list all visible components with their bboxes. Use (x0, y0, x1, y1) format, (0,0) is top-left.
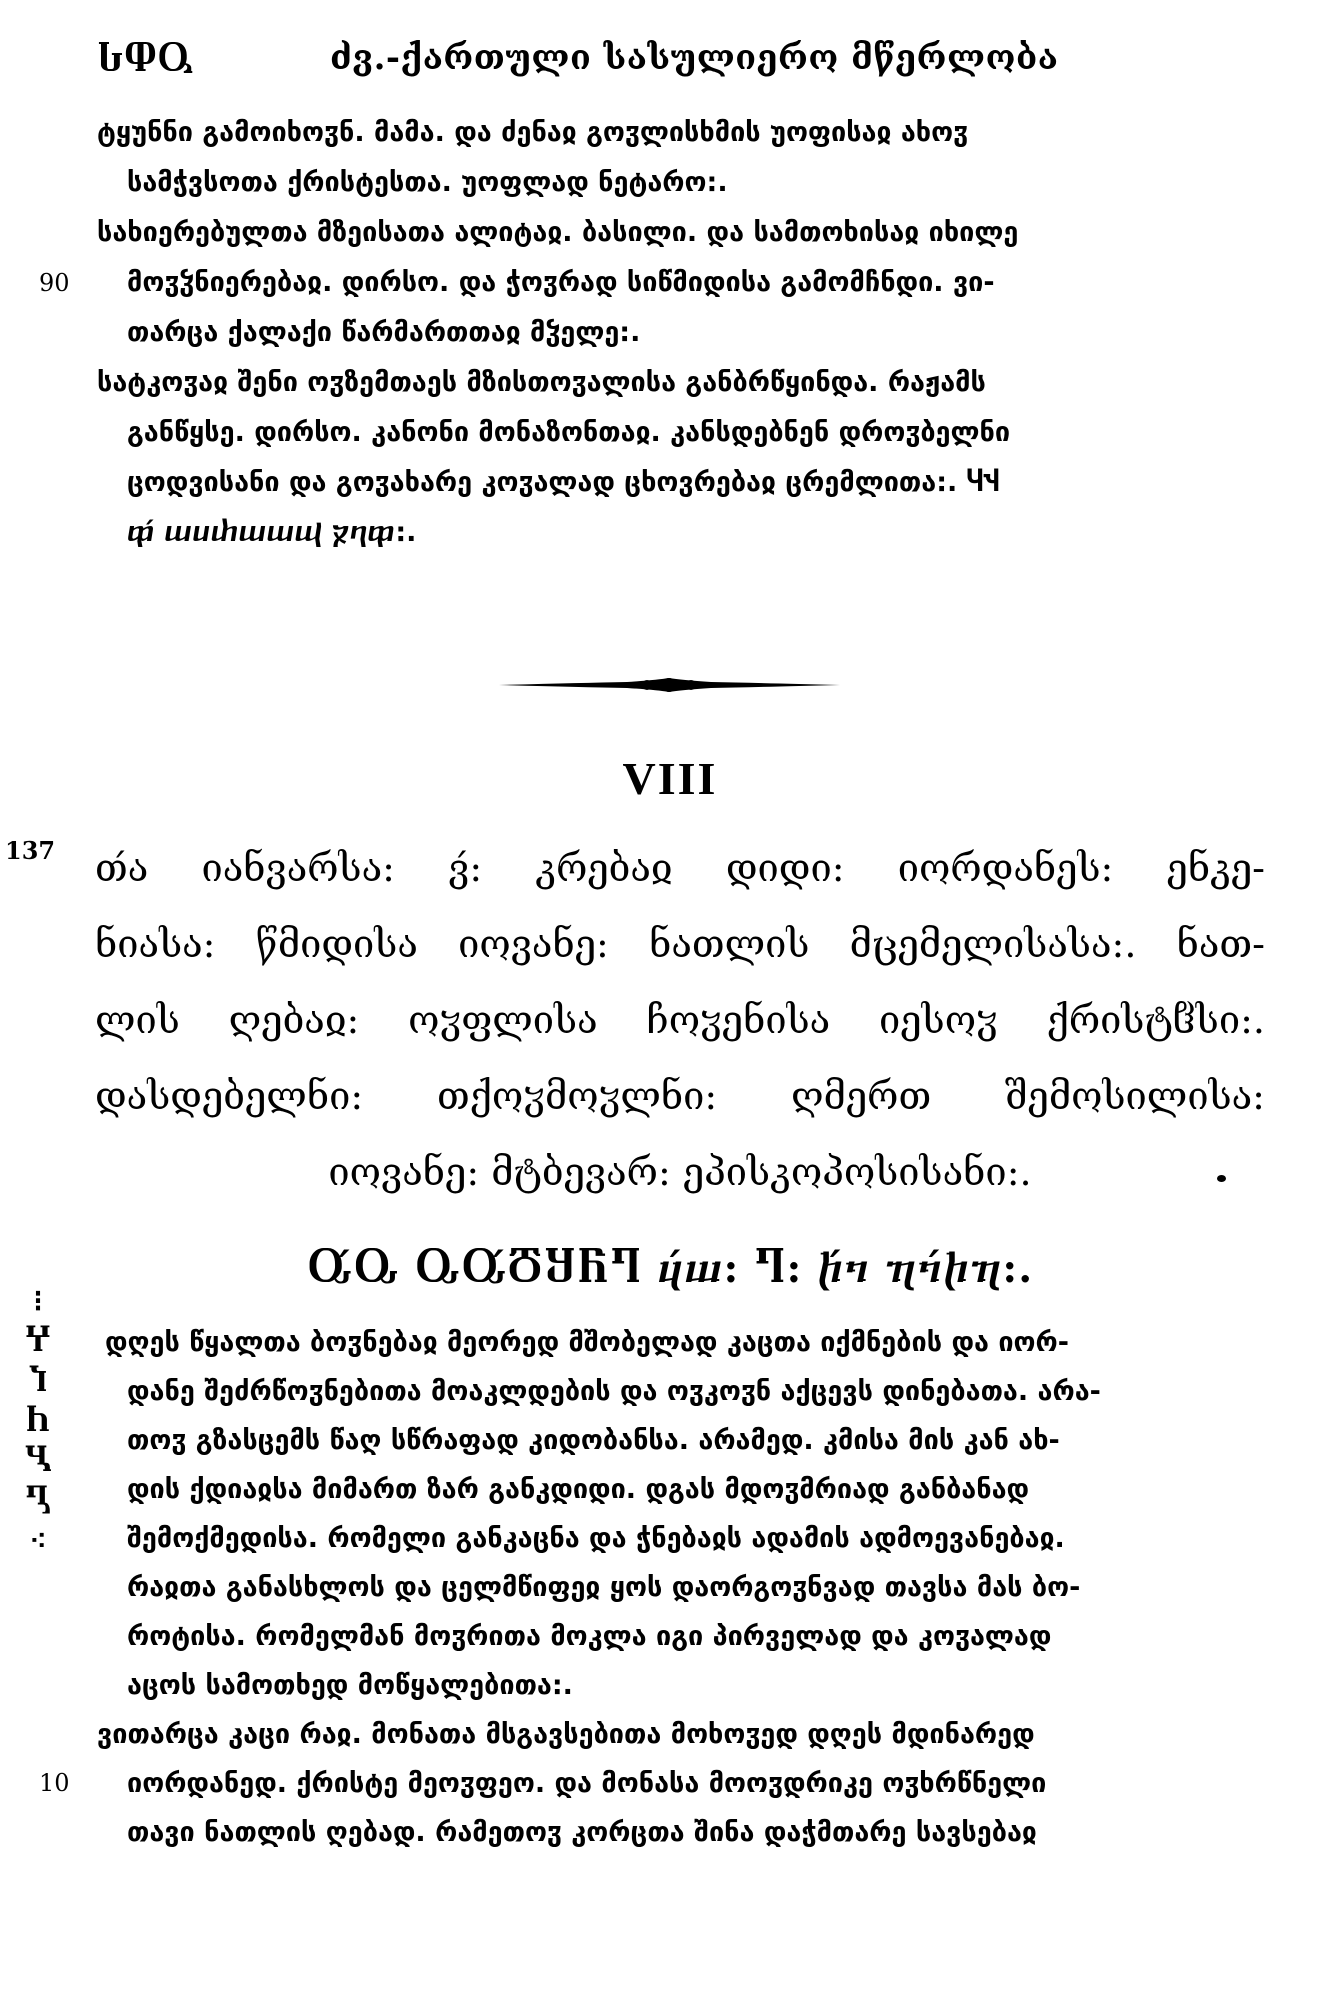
margin-rubric: ⁝ Ⴤ Ⴈ Ⴙ Ⴁ Ⴂ ⁖ (18, 1282, 58, 1562)
text-line: თოჳ გზასცემს წაღ სწრაფად კიდობანსა. არამ… (105, 1416, 1270, 1465)
text-line: როტისა. რომელმან მოჳრითა მოკლა იგი პირვე… (105, 1612, 1270, 1661)
text-line: რაჲთა განასხლოს და ცელმწიფეჲ ყოს დაორგოჳ… (105, 1563, 1270, 1612)
line-number: 10 (39, 1759, 70, 1808)
text-line: დღეს წყალთა ბოჳნებაჲ მეორედ მშობელად კაც… (105, 1318, 1270, 1367)
margin-glyph: Ⴈ (18, 1362, 58, 1402)
text-line: თარცა ქალაქი წარმართთაჲ მჴელე:. (105, 308, 1270, 358)
text-line: ⴔ́ ⴍⴎⴐⴍⴍⴓ ⴟⴄⴔ:. (105, 508, 1270, 558)
margin-glyph: ⁝ (18, 1282, 58, 1322)
margin-glyph: Ⴤ (18, 1322, 58, 1362)
running-title: ძვ.-ქართული სასულიერო მწერლობა (330, 38, 1058, 78)
margin-glyph: Ⴁ (18, 1442, 58, 1482)
text-line: შემოქმედისა. რომელი განკაცნა და ჭნებაჲს … (105, 1514, 1270, 1563)
text-line: აცოს სამოთხედ მოწყალებითა:. (105, 1661, 1270, 1710)
paragraph: სატკოჳაჲ შენი ოჳზემთაეს მზისთოჳალისა გან… (105, 358, 1270, 558)
line-number: 90 (39, 258, 70, 308)
section-numeral: VIII (0, 752, 1340, 805)
ornamental-divider (497, 674, 842, 696)
title-line: იოვანე: მტბევარ: ეპისკოპოსისანი:. (95, 1134, 1265, 1210)
margin-line-number: 137 (5, 836, 55, 865)
margin-glyph: ⁖ (18, 1522, 58, 1562)
text-line: 90 მოჳჴნიერებაჲ. დირსო. და ჭოჳრად სიწმიდ… (105, 258, 1270, 308)
title-line: ლის ღებაჲ: ოჳფლისა ჩოჳენისა იესოჳ ქრისტჱ… (95, 982, 1265, 1058)
text-line: სახიერებულთა მზეისათა ალიტაჲ. ბასილი. და… (97, 208, 1270, 258)
text-line: სატკოჳაჲ შენი ოჳზემთაეს მზისთოჳალისა გან… (97, 358, 1270, 408)
title-line: თ́ა იანვარსა: ვ́: კრებაჲ დიდი: იორდანეს:… (95, 830, 1265, 906)
text-line: ტყუნნი გამოიხოჳნ. მამა. და ძენაჲ გოჳლისხ… (97, 108, 1270, 158)
margin-glyph: Ⴂ (18, 1482, 58, 1522)
text-line: სამჭვსოთა ქრისტესთა. უოფლად ნეტარო:. (105, 158, 1270, 208)
paragraph: ტყუნნი გამოიხოჳნ. მამა. და ძენაჲ გოჳლისხ… (105, 108, 1270, 208)
hymn-text-block-1: ტყუნნი გამოიხოჳნ. მამა. და ძენაჲ გოჳლისხ… (105, 108, 1270, 558)
page-number: ႱႴႳ (97, 40, 194, 80)
text-line: ცოდვისანი და გოჳახარე კოჳალად ცხოვრებაჲ … (105, 458, 1270, 508)
feast-title-block: თ́ა იანვარსა: ვ́: კრებაჲ დიდი: იორდანეს:… (95, 830, 1265, 1210)
title-line: ნიასა: წმიდისა იოვანე: ნათლის მცემელისას… (95, 906, 1265, 982)
text-line: 10 იორდანედ. ქრისტე მეოჳფეო. და მონასა მ… (105, 1759, 1270, 1808)
text-line-content: იორდანედ. ქრისტე მეოჳფეო. და მონასა მოოჳ… (127, 1768, 1046, 1799)
paragraph: სახიერებულთა მზეისათა ალიტაჲ. ბასილი. და… (105, 208, 1270, 358)
text-line: ვითარცა კაცი რაჲ. მონათა მსგავსებითა მოხ… (97, 1710, 1270, 1759)
text-line: განწყსე. დირსო. კანონი მონაზონთაჲ. კანსდ… (105, 408, 1270, 458)
title-line: დასდებელნი: თქოჳმოჳლნი: ღმერთ შემოსილისა… (95, 1058, 1265, 1134)
hymn-text-block-2: დღეს წყალთა ბოჳნებაჲ მეორედ მშობელად კაც… (105, 1318, 1270, 1857)
mode-rubric: Ⴍ́Ⴍ ႭႭ́ႣႸႬႤ ⴗ́ⴍ: Ⴄ: ⴙ́ⴈ ⴄⴈ́ⴙⴄ:. (0, 1245, 1340, 1292)
stray-dot (1217, 1175, 1226, 1182)
text-line: დის ქდიაჲსა მიმართ ზარ განკდიდი. დგას მდ… (105, 1465, 1270, 1514)
paragraph: ვითარცა კაცი რაჲ. მონათა მსგავსებითა მოხ… (105, 1710, 1270, 1857)
text-line: თავი ნათლის ღებად. რამეთოჳ კორცთა შინა დ… (105, 1808, 1270, 1857)
text-line-content: მოჳჴნიერებაჲ. დირსო. და ჭოჳრად სიწმიდისა… (127, 267, 995, 298)
margin-glyph: Ⴙ (18, 1402, 58, 1442)
paragraph: დღეს წყალთა ბოჳნებაჲ მეორედ მშობელად კაც… (105, 1318, 1270, 1710)
text-line: დანე შეძრწოჳნებითა მოაკლდების და ოჳკოჳნ … (105, 1367, 1270, 1416)
